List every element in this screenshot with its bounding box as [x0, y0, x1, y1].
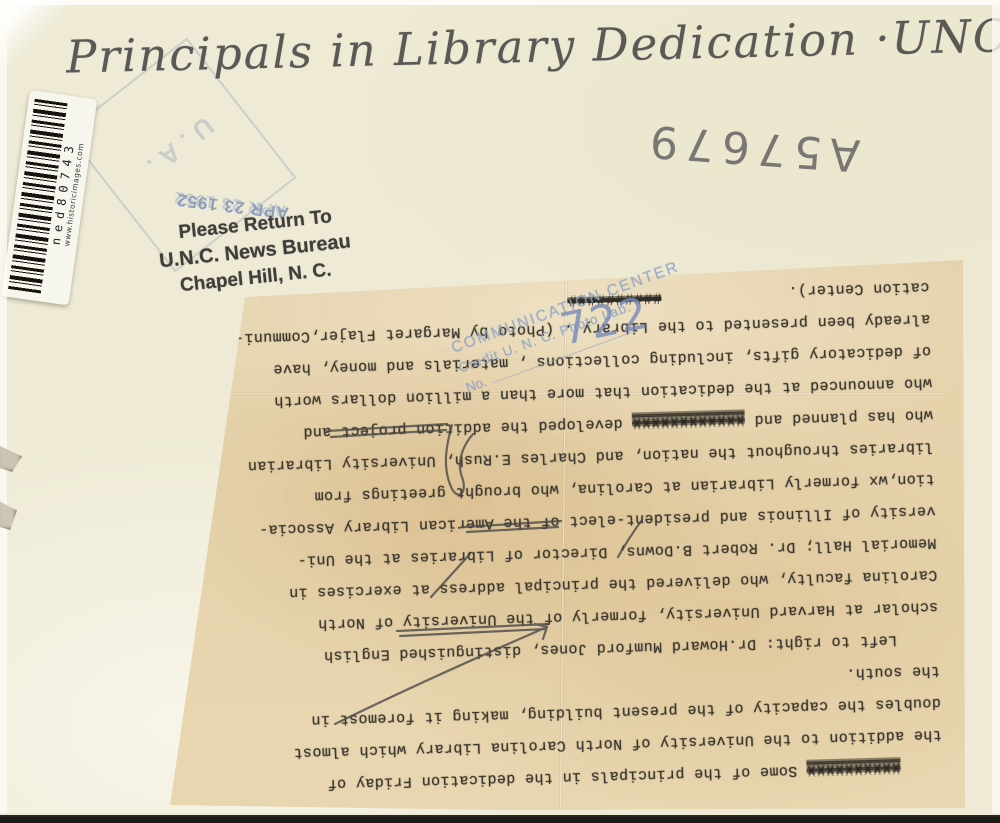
caption-text-segment: Some of the principals in the dedication…	[327, 762, 807, 792]
caption-text-segment: cation Center).	[788, 278, 929, 299]
caption-text-segment: developed the addition project and	[303, 415, 632, 441]
scan-edge-left	[0, 0, 7, 823]
scan-backdrop-bottom	[0, 813, 1000, 823]
caption-text-segment: the south.	[846, 662, 940, 682]
scan-edge-top	[0, 0, 1000, 5]
struck-text: xxxxxxxxxxxx	[632, 411, 745, 431]
scan-edge-right	[992, 0, 1000, 823]
credit-stamp-no-label: No.	[464, 374, 489, 395]
caption-text-segment: who has planned and	[745, 406, 933, 428]
photo-back-scan: U.A. APR 23 1952 Please Return To U.N.C.…	[0, 0, 1000, 823]
struck-text: xxxxxxxxxx	[806, 759, 900, 779]
faint-stamp-letters: U.A.	[135, 110, 220, 186]
scan-corner-highlight	[0, 0, 130, 64]
